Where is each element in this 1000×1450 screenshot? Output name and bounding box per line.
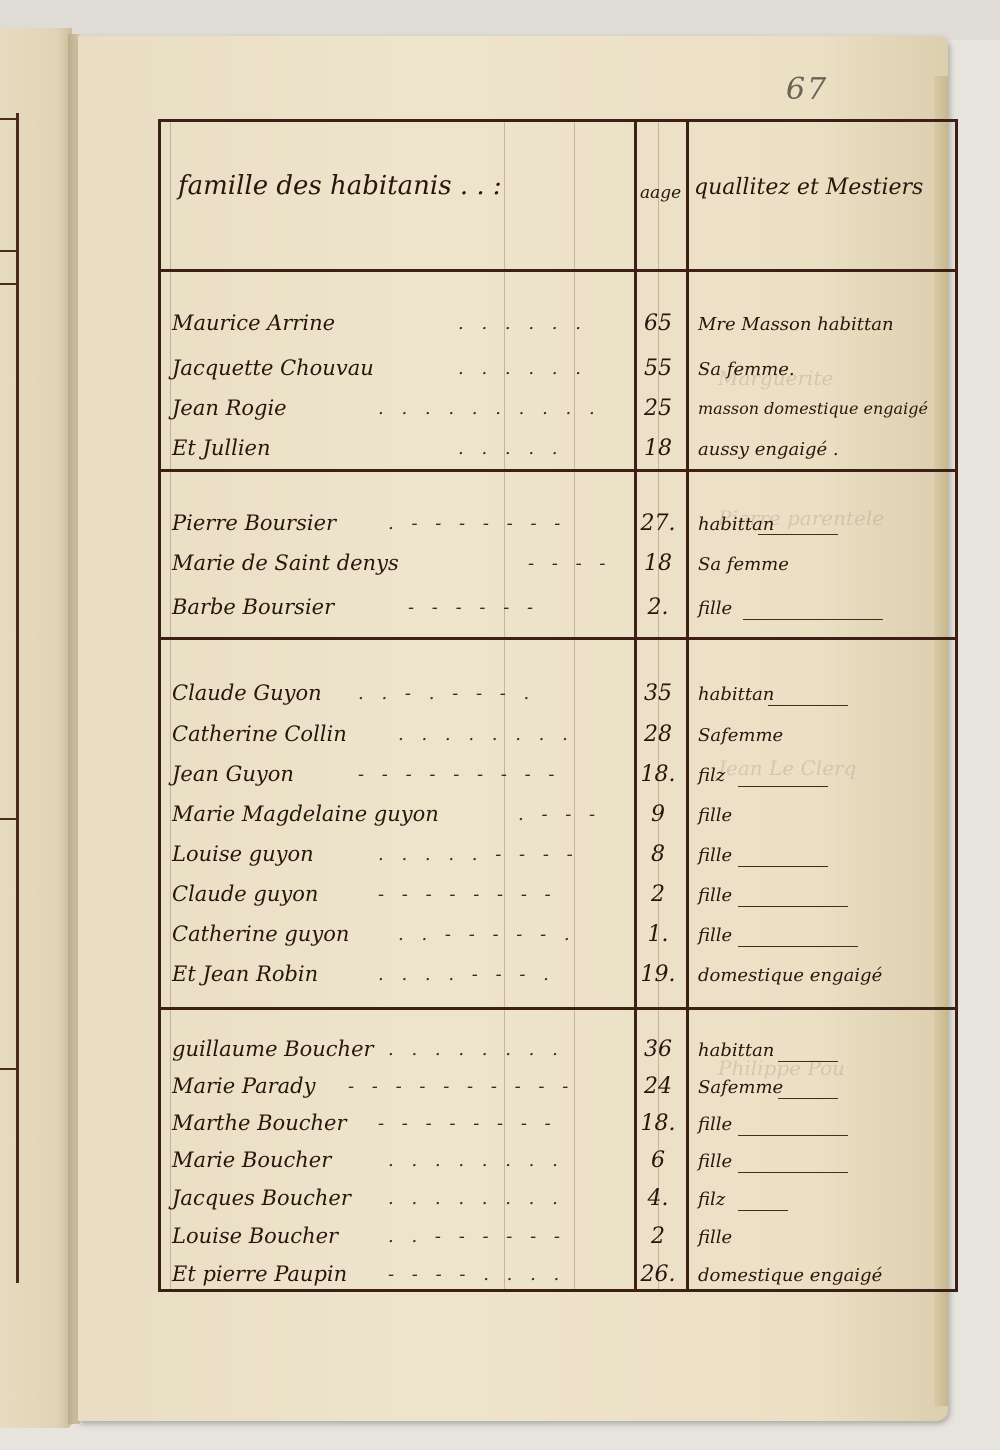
entry-name: Jacquette Chouvau [172, 356, 374, 380]
entry-quality: filz [698, 765, 725, 786]
flourish-line [738, 906, 848, 907]
entry-age: 19. [636, 962, 680, 987]
entry-name: Claude guyon [172, 882, 318, 906]
flourish-line [738, 1172, 848, 1173]
pencil-guide [574, 119, 575, 1291]
household-divider [158, 637, 958, 640]
entry-quality: masson domestique engaigé [698, 399, 928, 418]
entry-age: 18 [636, 436, 680, 461]
leader-dots: . - - - - - - - [388, 513, 566, 534]
flourish-line [738, 866, 828, 867]
household-divider [158, 1007, 958, 1010]
leader-dots: . . . . . . . . . . [378, 398, 601, 419]
leader-dots: . . - - - - - . [398, 924, 576, 945]
entry-quality: habittan [698, 684, 774, 705]
entry-age: 4. [636, 1186, 680, 1211]
entry-name: Louise Boucher [172, 1224, 338, 1248]
header-quality-column: quallitez et Mestiers [694, 175, 923, 200]
entry-name: Catherine guyon [172, 922, 349, 946]
entry-quality: Safemme [698, 1077, 783, 1098]
pencil-guide [170, 119, 171, 1291]
entry-name: Claude Guyon [172, 681, 322, 705]
leader-dots: . . - - - - - - [388, 1226, 566, 1247]
entry-name: Marie Parady [172, 1074, 315, 1098]
leader-dots: - - - - - - - - - - [348, 1076, 574, 1097]
entry-quality: fille [698, 925, 732, 946]
flourish-line [738, 946, 858, 947]
entry-name: Marie Magdelaine guyon [172, 802, 439, 826]
entry-age: 65 [636, 311, 680, 336]
entry-quality: Sa femme. [698, 359, 795, 380]
entry-age: 55 [636, 356, 680, 381]
entry-age: 6 [636, 1148, 680, 1173]
entry-age: 28 [636, 722, 680, 747]
entry-name: guillaume Boucher [172, 1037, 374, 1061]
flourish-line [758, 534, 838, 535]
entry-quality: aussy engaigé . [698, 439, 839, 460]
table-border-bottom [158, 1289, 958, 1292]
entry-quality: domestique engaigé [698, 965, 882, 986]
leader-dots: . . . . . . . . [388, 1150, 564, 1171]
entry-name: Jean Guyon [172, 762, 294, 786]
leader-dots: . . . . . . . . [388, 1039, 564, 1060]
entry-age: 35 [636, 681, 680, 706]
leader-dots: . . . . . . [458, 313, 587, 334]
entry-age: 8 [636, 842, 680, 867]
entry-quality: habittan [698, 1040, 774, 1061]
entry-age: 2. [636, 595, 680, 620]
entry-age: 36 [636, 1037, 680, 1062]
entry-quality: fille [698, 1151, 732, 1172]
entry-quality: Safemme [698, 725, 783, 746]
column-divider-quality [686, 119, 689, 1291]
entry-age: 18. [636, 762, 680, 787]
entry-name: Jacques Boucher [172, 1186, 351, 1210]
leader-dots: . . . . . . . . [398, 724, 574, 745]
entry-quality: filz [698, 1189, 725, 1210]
entry-quality: fille [698, 805, 732, 826]
left-page-rule-h [0, 118, 17, 120]
entry-name: Maurice Arrine [172, 311, 335, 335]
entry-age: 27. [636, 511, 680, 536]
entry-name: Pierre Boursier [172, 511, 336, 535]
left-page-rule-h [0, 818, 17, 820]
table-border-top [158, 119, 958, 122]
flourish-line [778, 1098, 838, 1099]
flourish-line [738, 786, 828, 787]
flourish-line [778, 1061, 838, 1062]
entry-age: 26. [636, 1262, 680, 1287]
scan-background [0, 0, 1000, 40]
leader-dots: . . . . . [458, 438, 564, 459]
entry-age: 18 [636, 551, 680, 576]
header-name-column: famille des habitanis . . : [178, 171, 502, 201]
entry-name: Marthe Boucher [172, 1111, 346, 1135]
entry-name: Marie Boucher [172, 1148, 331, 1172]
entry-age: 2 [636, 882, 680, 907]
entry-quality: fille [698, 598, 732, 619]
entry-name: Catherine Collin [172, 722, 347, 746]
entry-name: Et Jean Robin [172, 962, 318, 986]
header-age-column: aage [640, 183, 681, 203]
household-divider [158, 469, 958, 472]
folio-number: 67 [786, 72, 828, 107]
entry-name: Jean Rogie [172, 396, 287, 420]
entry-age: 1. [636, 922, 680, 947]
entry-quality: fille [698, 1114, 732, 1135]
left-page-rule-h [0, 250, 17, 252]
leader-dots: - - - - - - - - [378, 1113, 557, 1134]
entry-quality: Sa femme [698, 554, 789, 575]
entry-age: 24 [636, 1074, 680, 1099]
register-table: famille des habitanis . . : aage quallit… [158, 119, 858, 1291]
flourish-line [738, 1210, 788, 1211]
entry-quality: fille [698, 845, 732, 866]
entry-name: Louise guyon [172, 842, 314, 866]
leader-dots: . . . . . - - - - [378, 844, 579, 865]
entry-quality: domestique engaigé [698, 1265, 882, 1286]
entry-age: 2 [636, 1224, 680, 1249]
entry-name: Et pierre Paupin [172, 1262, 347, 1286]
entry-name: Et Jullien [172, 436, 271, 460]
flourish-line [743, 619, 883, 620]
entry-quality: habittan [698, 514, 774, 535]
flourish-line [768, 705, 848, 706]
left-page-edge [0, 28, 72, 1428]
entry-age: 9 [636, 802, 680, 827]
leader-dots: - - - - - - - - - [358, 764, 561, 785]
manuscript-page: 67 Marguerite Pierre parentele Jean Le C… [78, 36, 948, 1421]
leader-dots: . . - . - - - . [358, 683, 535, 704]
entry-name: Barbe Boursier [172, 595, 334, 619]
flourish-line [738, 1135, 848, 1136]
left-page-rule [16, 113, 19, 1283]
entry-quality: fille [698, 885, 732, 906]
entry-age: 18. [636, 1111, 680, 1136]
leader-dots: - - - - - - [408, 597, 539, 618]
table-border-right [955, 119, 958, 1291]
entry-quality: fille [698, 1227, 732, 1248]
table-border-left [158, 119, 161, 1291]
leader-dots: . . . . - - - . [378, 964, 555, 985]
header-divider [158, 269, 958, 272]
entry-age: 25 [636, 396, 680, 421]
leader-dots: . - - - [518, 804, 601, 825]
page-edge [934, 76, 948, 1406]
entry-quality: Mre Masson habittan [698, 314, 894, 335]
leader-dots: - - - - [528, 553, 612, 574]
leader-dots: - - - - - - - - [378, 884, 557, 905]
leader-dots: . . . . . . [458, 358, 587, 379]
entry-name: Marie de Saint denys [172, 551, 399, 575]
leader-dots: - - - - . . . . [388, 1264, 565, 1285]
left-page-rule-h [0, 283, 17, 285]
leader-dots: . . . . . . . . [388, 1188, 564, 1209]
left-page-rule-h [0, 1068, 17, 1070]
